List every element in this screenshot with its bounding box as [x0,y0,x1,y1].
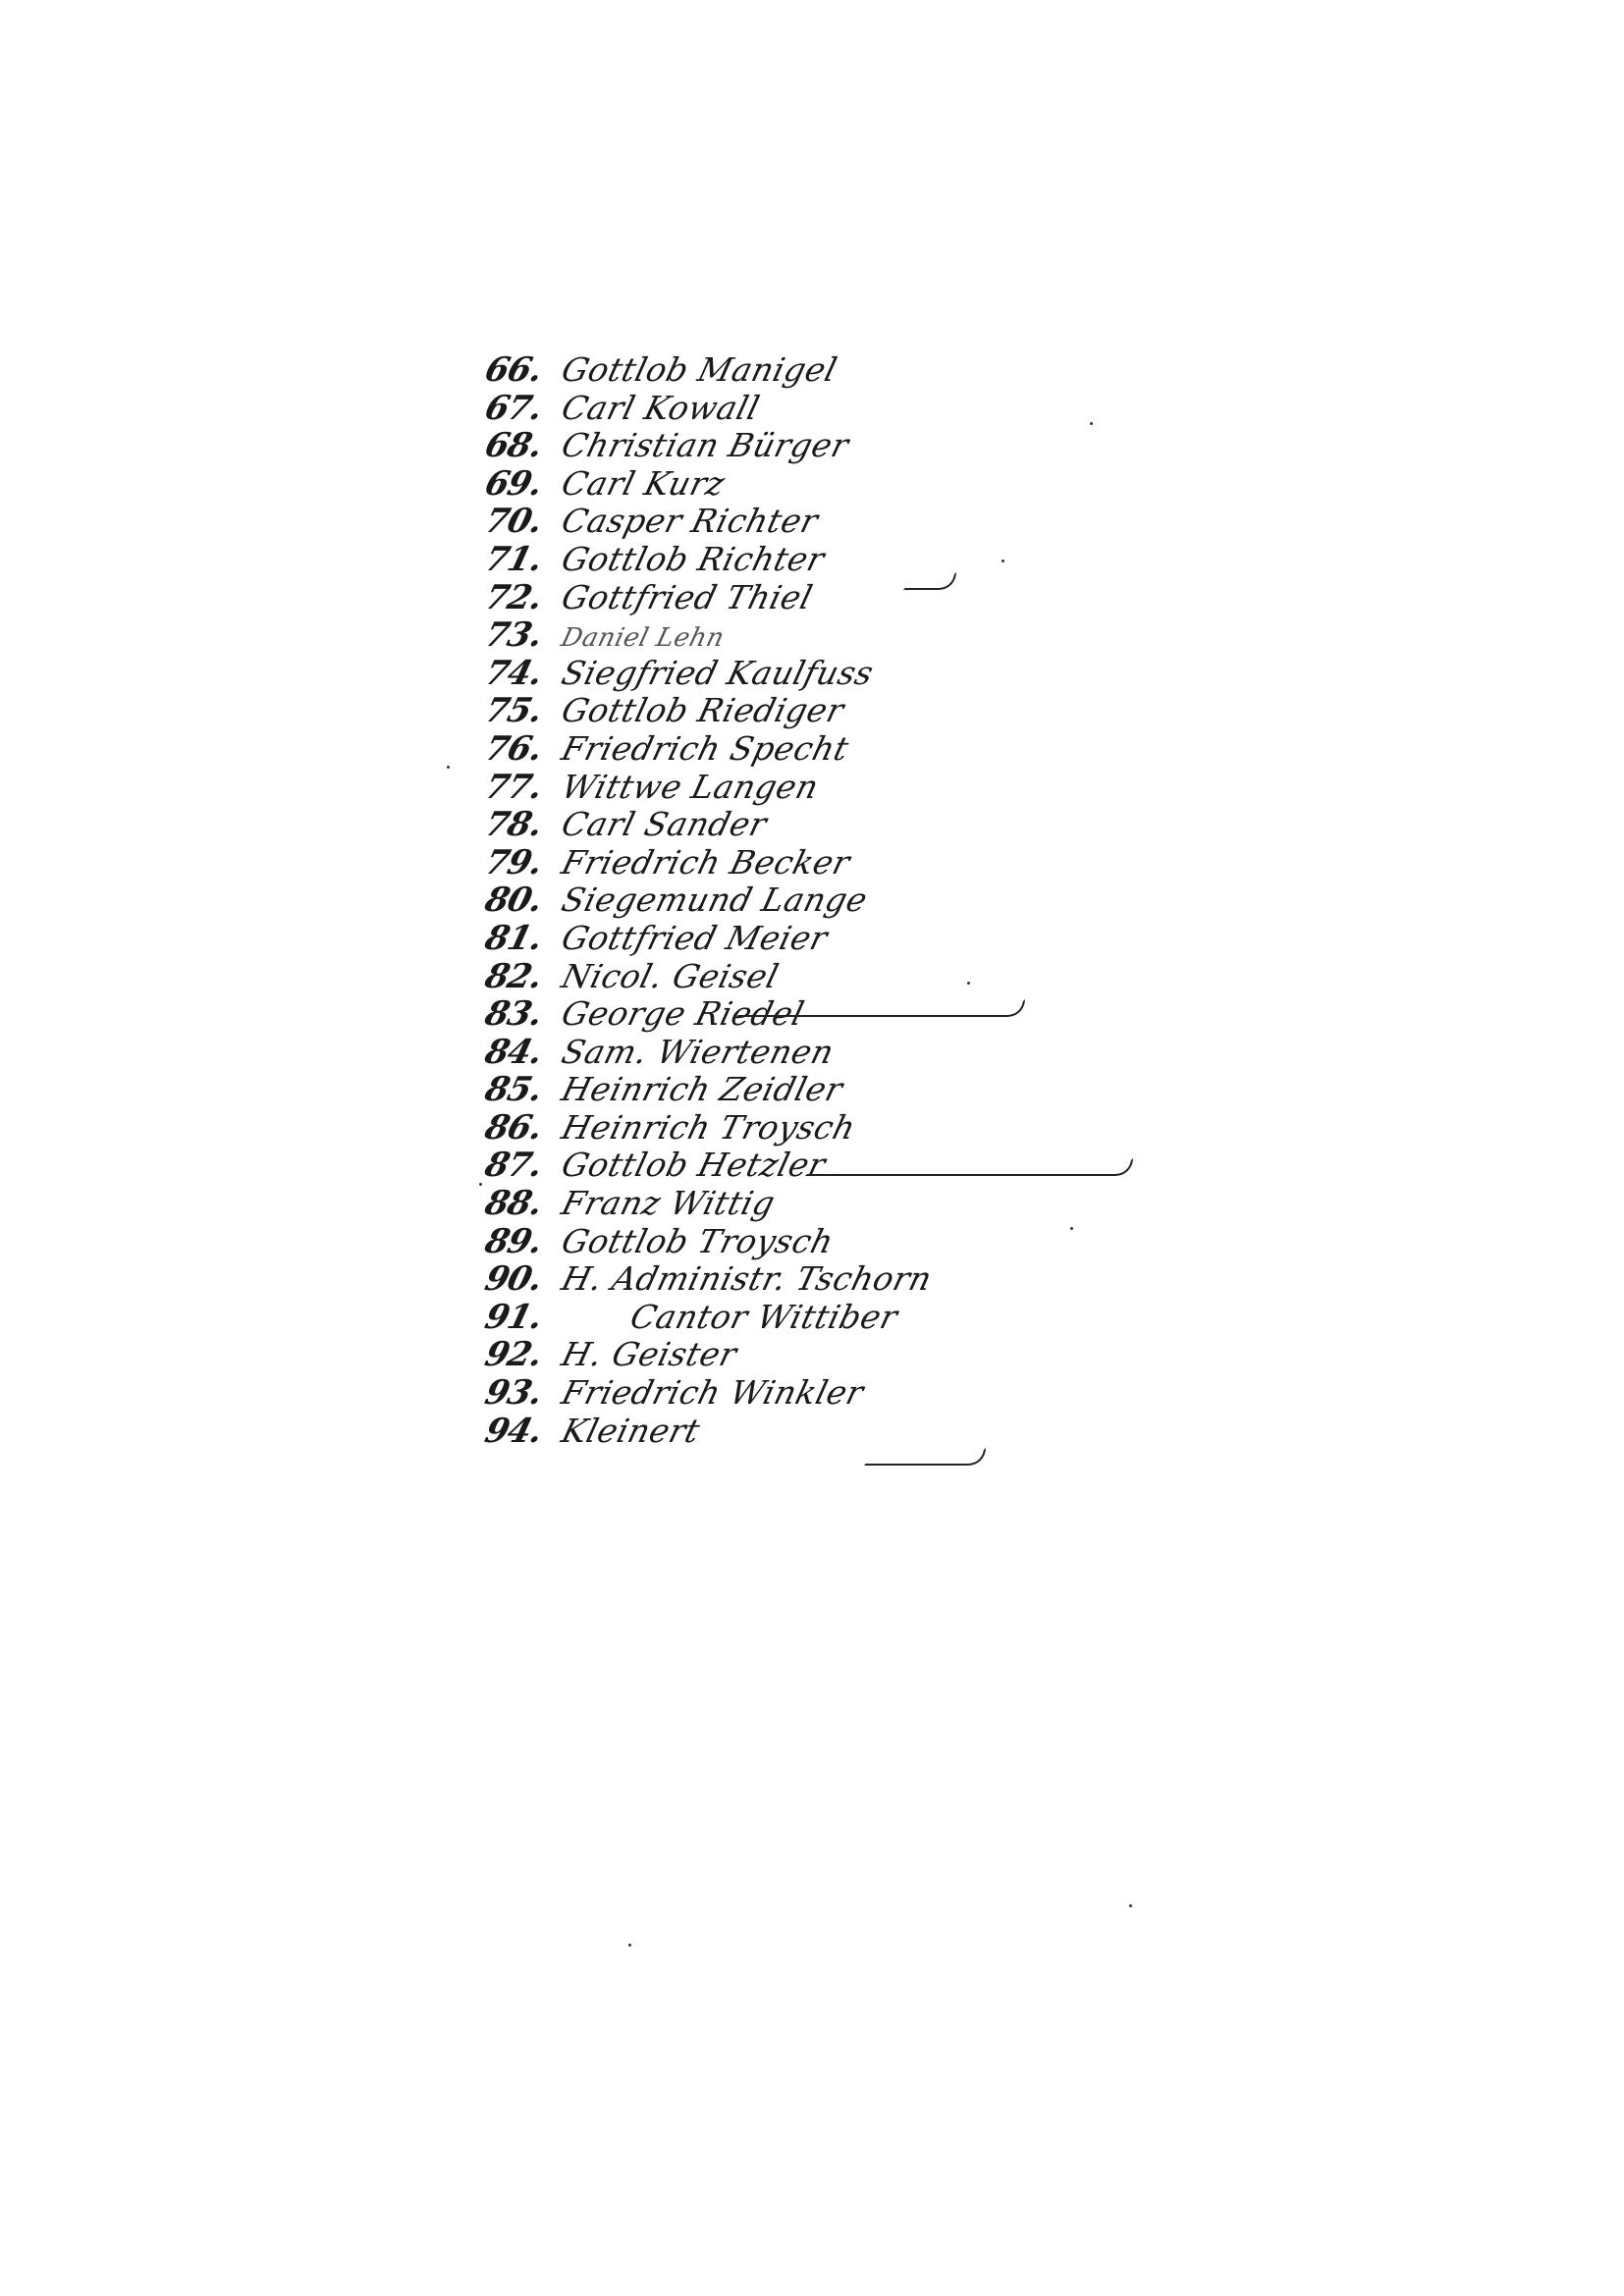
entry-name: Gottlob Riediger [558,692,847,729]
register-entry: 94.Kleinert [481,1413,1178,1451]
entry-number: 76. [481,730,567,768]
entry-name: Gottfried Thiel [558,579,816,616]
entry-number: 90. [481,1260,567,1298]
scan-speck [967,982,970,985]
register-entry: 91.Cantor Wittiber [481,1299,1178,1337]
entry-name: Sam. Wiertenen [558,1034,838,1071]
scan-speck [1001,560,1004,562]
register-entry: 93.Friedrich Winkler [481,1374,1178,1413]
scanned-page: 66.Gottlob Manigel67.Carl Kowall68.Chris… [0,0,1624,2296]
entry-number: 71. [481,541,567,578]
pen-flourish [736,999,1025,1017]
register-entry: 80.Siegemund Lange [481,881,1178,920]
name-register-list: 66.Gottlob Manigel67.Carl Kowall68.Chris… [481,351,1168,1450]
entry-number: 80. [481,881,567,919]
entry-name: Siegemund Lange [558,881,871,919]
register-entry: 89.Gottlob Troysch [481,1223,1178,1261]
register-entry: 72.Gottfried Thiel [481,579,1178,617]
register-entry: 73.Daniel Lehn [481,616,1178,655]
entry-number: 75. [481,692,567,729]
entry-name: Daniel Lehn [557,619,729,657]
register-entry: 69.Carl Kurz [481,465,1178,504]
register-entry: 82.Nicol. Geisel [481,958,1178,996]
entry-number: 91. [481,1299,567,1336]
register-entry: 77.Wittwe Langen [481,769,1178,807]
entry-number: 85. [481,1071,567,1108]
scan-speck [1070,1227,1073,1230]
register-entry: 85.Heinrich Zeidler [481,1071,1178,1109]
entry-name: Friedrich Becker [558,844,853,881]
register-entry: 70.Casper Richter [481,503,1178,541]
entry-name: Gottfried Meier [558,920,832,957]
entry-number: 73. [481,616,567,654]
entry-name: Nicol. Geisel [558,958,783,995]
scan-speck [447,766,450,769]
entry-name: H. Geister [558,1336,740,1373]
pen-flourish [864,1448,986,1466]
entry-name: Gottlob Manigel [558,351,840,389]
entry-name: Friedrich Specht [558,730,852,768]
register-entry: 86.Heinrich Troysch [481,1109,1178,1148]
entry-number: 87. [481,1147,567,1184]
entry-name: Cantor Wittiber [558,1299,901,1336]
register-entry: 71.Gottlob Richter [481,541,1178,579]
entry-name: Siegfried Kaulfuss [558,655,877,692]
entry-number: 74. [481,655,567,692]
entry-number: 72. [481,579,567,616]
entry-number: 82. [481,958,567,995]
register-entry: 68.Christian Bürger [481,427,1178,465]
register-entry: 81.Gottfried Meier [481,920,1178,958]
entry-name: Heinrich Zeidler [558,1071,846,1108]
entry-name: H. Administr. Tschorn [558,1260,936,1298]
register-entry: 78.Carl Sander [481,806,1178,844]
entry-number: 94. [481,1413,567,1450]
entry-number: 92. [481,1336,567,1373]
scan-speck [1090,422,1093,425]
register-entry: 75.Gottlob Riediger [481,692,1178,730]
pen-flourish [805,1158,1133,1176]
register-entry: 84.Sam. Wiertenen [481,1034,1178,1072]
entry-name: Carl Kowall [558,390,763,427]
scan-speck [479,1183,482,1186]
register-entry: 92.H. Geister [481,1336,1178,1374]
register-entry: 88.Franz Wittig [481,1185,1178,1223]
entry-name: Gottlob Troysch [558,1223,838,1260]
register-entry: 76.Friedrich Specht [481,730,1178,769]
entry-number: 67. [481,390,567,427]
register-entry: 79.Friedrich Becker [481,844,1178,882]
entry-number: 68. [481,427,567,464]
entry-number: 93. [481,1374,567,1412]
entry-number: 66. [481,351,567,389]
entry-name: Gottlob Richter [558,541,828,578]
entry-number: 84. [481,1034,567,1071]
entry-number: 78. [481,806,567,843]
entry-name: Wittwe Langen [558,769,822,806]
entry-number: 83. [481,995,567,1033]
entry-number: 88. [481,1185,567,1222]
entry-number: 89. [481,1223,567,1260]
entry-number: 79. [481,844,567,881]
scan-speck [1129,1904,1132,1907]
entry-number: 81. [481,920,567,957]
entry-number: 86. [481,1109,567,1147]
register-entry: 90.H. Administr. Tschorn [481,1260,1178,1299]
entry-name: Franz Wittig [558,1185,779,1222]
register-entry: 74.Siegfried Kaulfuss [481,655,1178,693]
register-entry: 66.Gottlob Manigel [481,351,1178,390]
entry-name: Carl Sander [558,806,771,843]
entry-name: Friedrich Winkler [558,1374,867,1412]
entry-name: Casper Richter [558,503,822,540]
entry-name: Carl Kurz [558,465,729,503]
entry-number: 69. [481,465,567,503]
entry-name: Christian Bürger [558,427,852,464]
entry-name: Heinrich Troysch [558,1109,859,1147]
entry-name: Gottlob Hetzler [558,1147,830,1184]
entry-number: 77. [481,769,567,806]
scan-speck [628,1944,631,1947]
entry-number: 70. [481,503,567,540]
register-entry: 67.Carl Kowall [481,390,1178,428]
entry-name: Kleinert [558,1413,704,1450]
